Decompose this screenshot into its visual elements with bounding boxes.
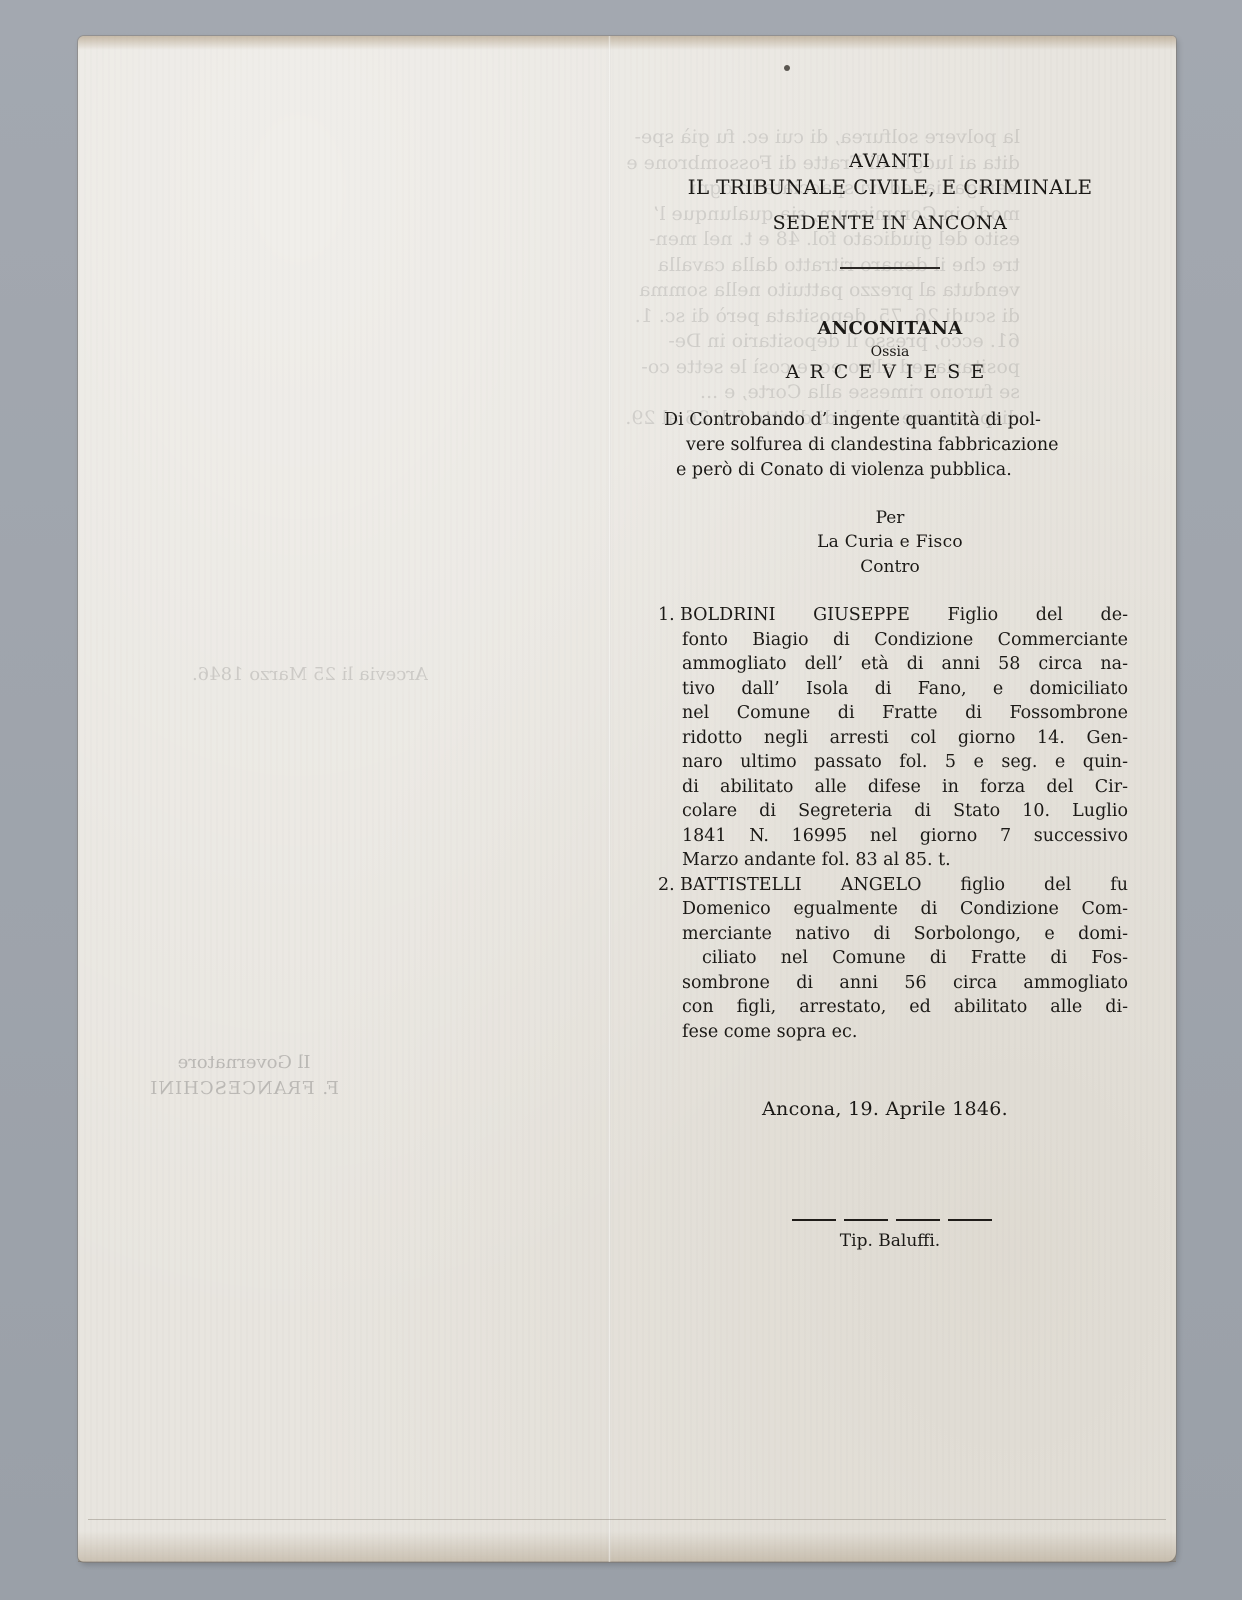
- against-label: Contro: [820, 557, 960, 577]
- heading-divider-rule: [840, 267, 940, 269]
- heading-line-3: SEDENTE IN ANCONA: [700, 212, 1080, 234]
- plaintiff: La Curia e Fisco: [760, 532, 1020, 552]
- defendant-number: 2.: [658, 873, 680, 898]
- defendant-2-line: con figli, arrestato, ed abilitato alle …: [658, 995, 1128, 1020]
- defendant-2-line: 2.BATTISTELLI ANGELO figlio del fu: [658, 873, 1128, 898]
- defendant-1-line: colare di Segreteria di Stato 10. Luglio: [658, 799, 1128, 824]
- defendant-text: BATTISTELLI ANGELO figlio del fu: [680, 875, 1128, 895]
- for-label: Per: [840, 508, 940, 528]
- defendant-1-line: Marzo andante fol. 83 al 85. t.: [658, 848, 1128, 873]
- defendant-number: 1.: [658, 603, 680, 628]
- defendant-text: BOLDRINI GIUSEPPE Figlio del de-: [680, 605, 1128, 625]
- case-alt-name: ARCEVIESE: [740, 361, 1040, 383]
- closing-divider-rule: [792, 1219, 998, 1221]
- defendants-list: 1.BOLDRINI GIUSEPPE Figlio del de- fonto…: [658, 603, 1128, 1044]
- heading-line-2: IL TRIBUNALE CIVILE, E CRIMINALE: [660, 175, 1120, 199]
- defendant-1-line: fonto Biagio di Condizione Commerciante: [658, 628, 1128, 653]
- defendant-1-line: 1.BOLDRINI GIUSEPPE Figlio del de-: [658, 603, 1128, 628]
- case-subject: Di Controbando d’ ingente quantità di po…: [664, 408, 1124, 483]
- defendant-1-line: ridotto negli arresti col giorno 14. Gen…: [658, 726, 1128, 751]
- case-name: ANCONITANA: [760, 318, 1020, 339]
- defendant-1-line: naro ultimo passato fol. 5 e seg. e quin…: [658, 750, 1128, 775]
- defendant-2-line: sombrone di anni 56 circa ammogliato: [658, 971, 1128, 996]
- printed-content: AVANTI IL TRIBUNALE CIVILE, E CRIMINALE …: [0, 0, 1242, 1600]
- place-and-date: Ancona, 19. Aprile 1846.: [720, 1098, 1050, 1120]
- defendant-1-line: nel Comune di Fratte di Fossombrone: [658, 701, 1128, 726]
- defendant-1-line: ammogliato dell’ età di anni 58 circa na…: [658, 652, 1128, 677]
- printer-imprint: Tip. Baluffi.: [800, 1231, 980, 1251]
- defendant-2-line: fese come sopra ec.: [658, 1020, 1128, 1045]
- subject-line: e però di Conato di violenza pubblica.: [664, 458, 1124, 483]
- defendant-2-line: Domenico egualmente di Condizione Com-: [658, 897, 1128, 922]
- defendant-1-line: tivo dall’ Isola di Fano, e domiciliato: [658, 677, 1128, 702]
- defendant-1-line: di abilitato alle difese in forza del Ci…: [658, 775, 1128, 800]
- heading-line-1: AVANTI: [780, 150, 1000, 172]
- case-conjunction: Ossia: [840, 344, 940, 360]
- subject-line: Di Controbando d’ ingente quantità di po…: [664, 408, 1124, 433]
- defendant-1-line: 1841 N. 16995 nel giorno 7 successivo: [658, 824, 1128, 849]
- defendant-2-line: ciliato nel Comune di Fratte di Fos-: [658, 946, 1128, 971]
- subject-line: vere solfurea di clandestina fabbricazio…: [664, 433, 1124, 458]
- defendant-2-line: merciante nativo di Sorbolongo, e domi-: [658, 922, 1128, 947]
